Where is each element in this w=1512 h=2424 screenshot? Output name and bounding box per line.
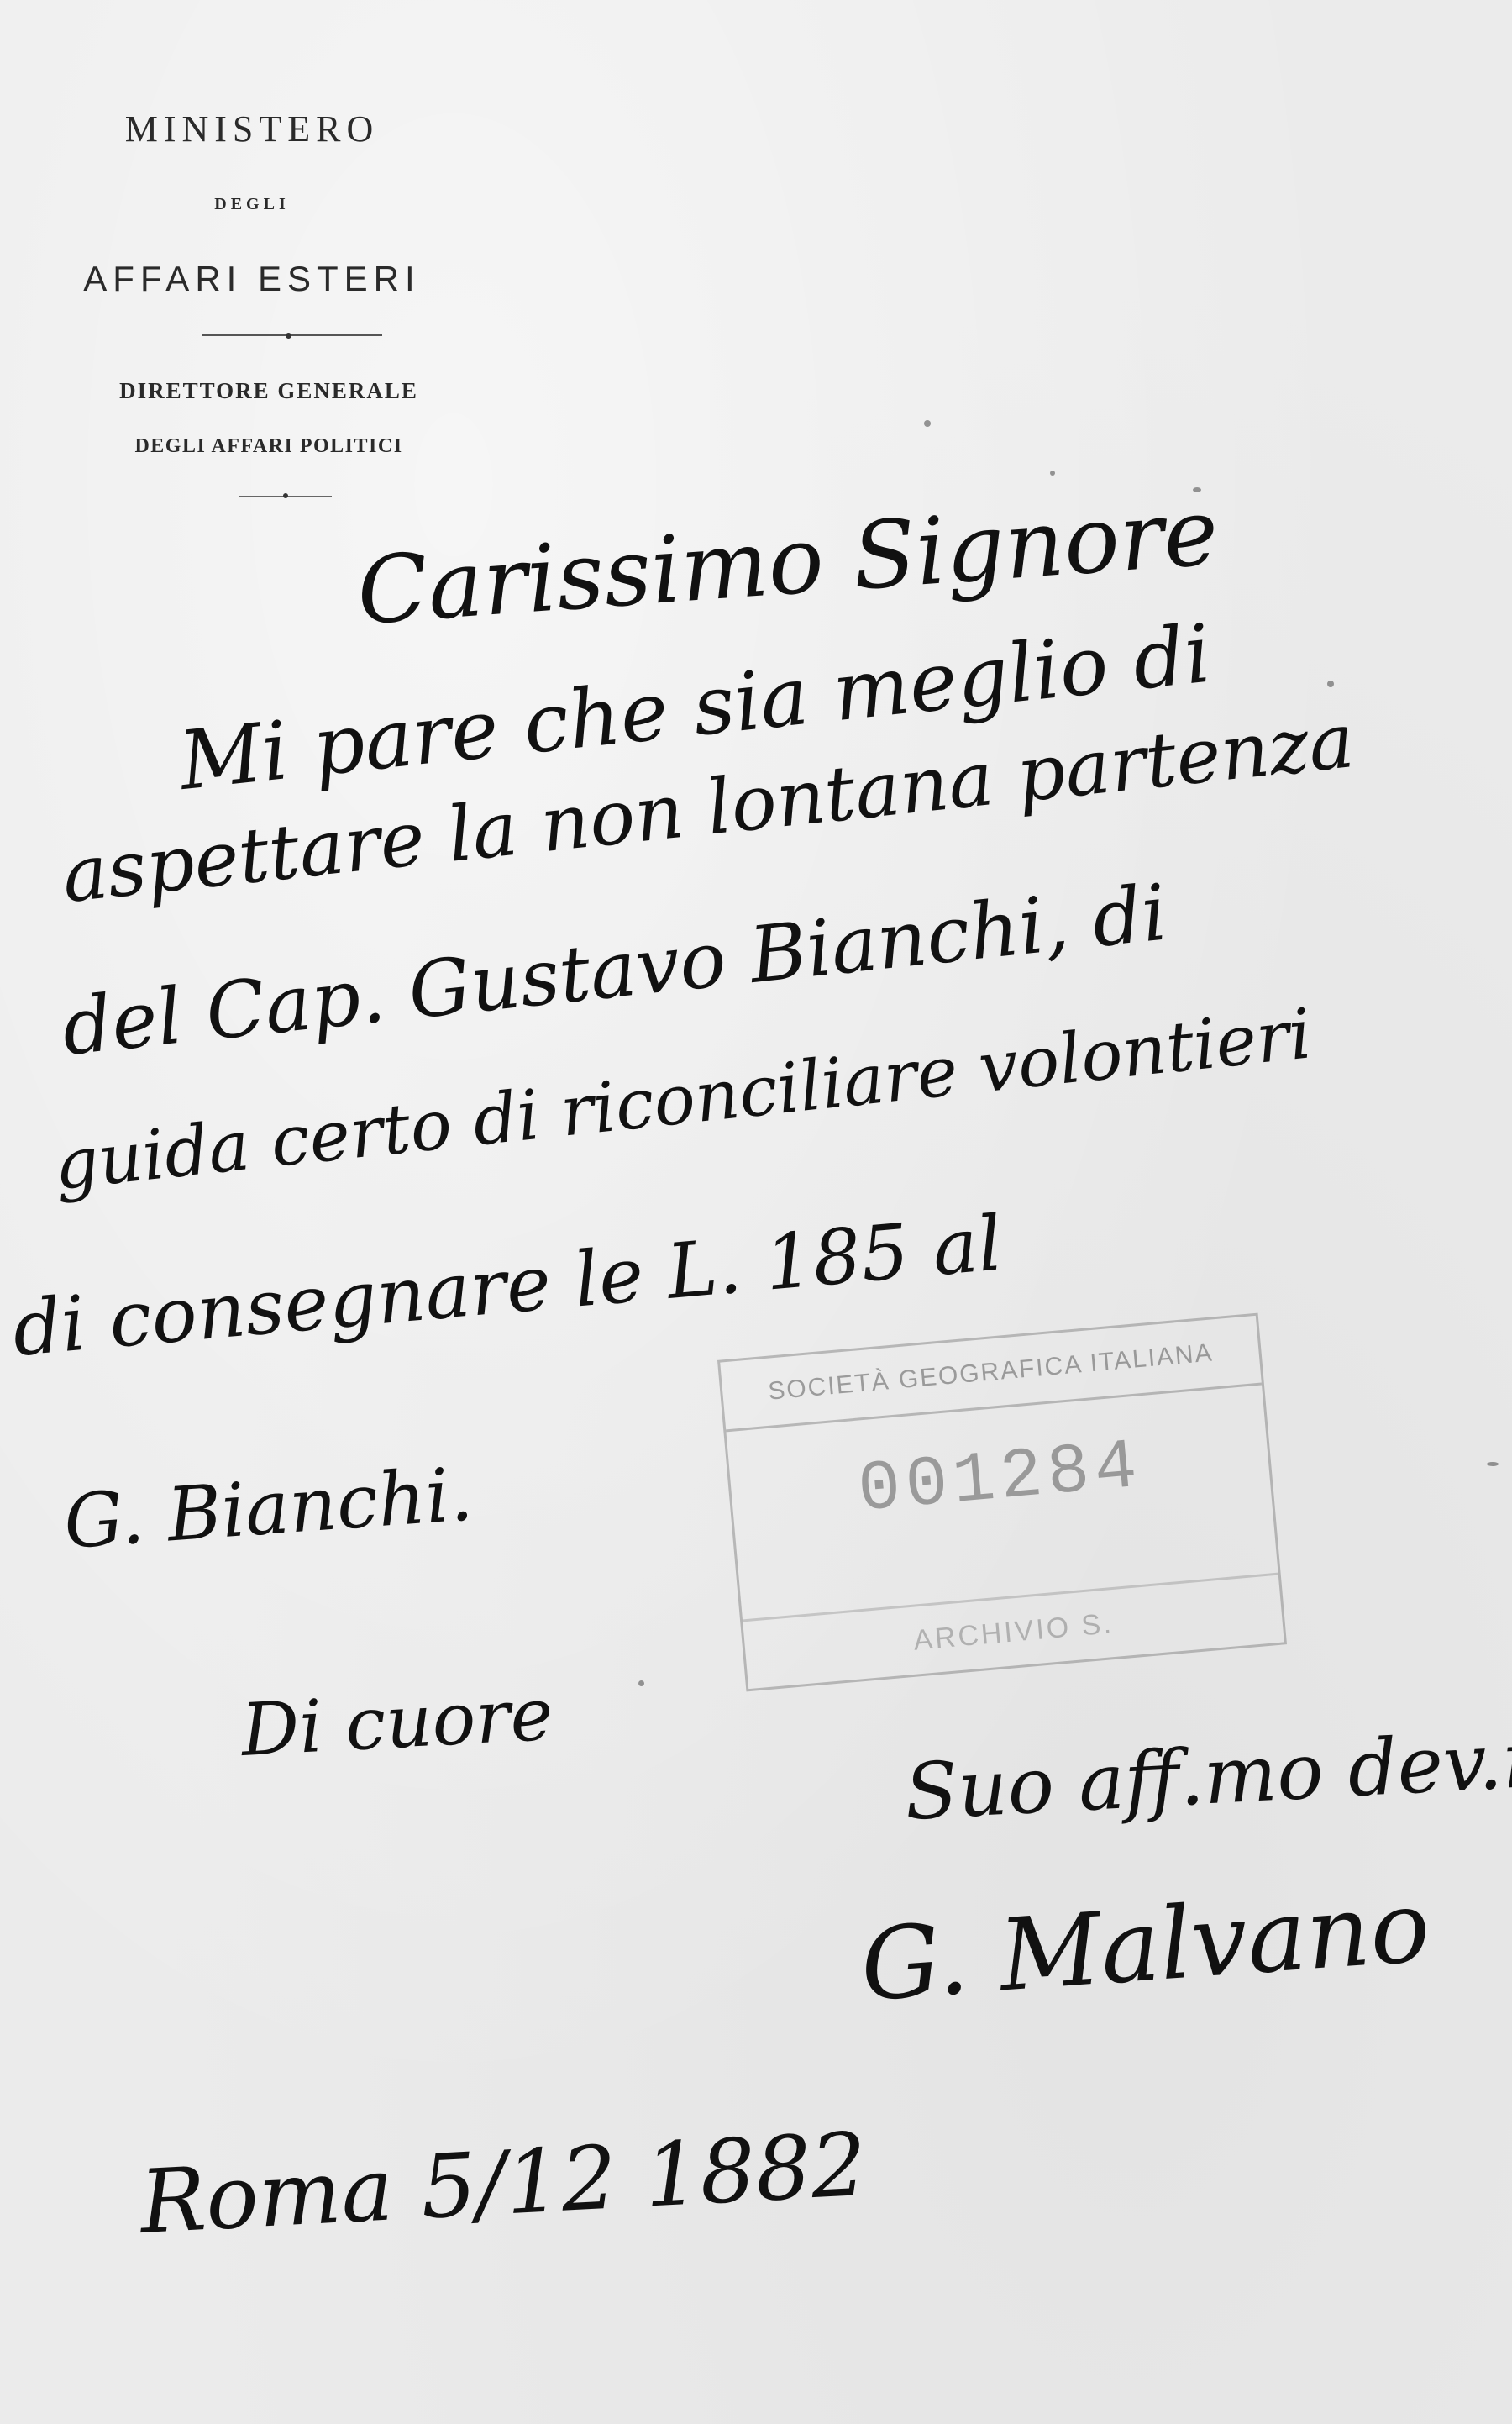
- letterhead-of: DEGLI: [0, 195, 546, 214]
- ink-speck: [1327, 681, 1334, 687]
- letterhead-department: AFFARI ESTERI: [0, 259, 546, 299]
- letter-paper: [0, 0, 1512, 2424]
- divider-ornament-icon: [286, 333, 291, 339]
- ink-speck: [1050, 471, 1055, 476]
- letterhead-divider: [202, 334, 382, 336]
- letterhead-office-sub: DEGLI AFFARI POLITICI: [0, 435, 563, 458]
- ink-speck: [638, 1680, 644, 1686]
- letterhead-ministry: MINISTERO: [0, 108, 546, 150]
- letter-closing: Di cuore: [239, 1673, 555, 1773]
- archive-stamp: SOCIETÀ GEOGRAFICA ITALIANA 001284 ARCHI…: [717, 1313, 1287, 1692]
- stamp-number: 001284: [729, 1416, 1272, 1542]
- ink-speck: [924, 420, 931, 427]
- letterhead-office: DIRETTORE GENERALE: [0, 378, 563, 404]
- ink-speck: [1487, 1462, 1499, 1466]
- ink-speck: [1193, 487, 1201, 492]
- divider-ornament-icon: [283, 493, 288, 498]
